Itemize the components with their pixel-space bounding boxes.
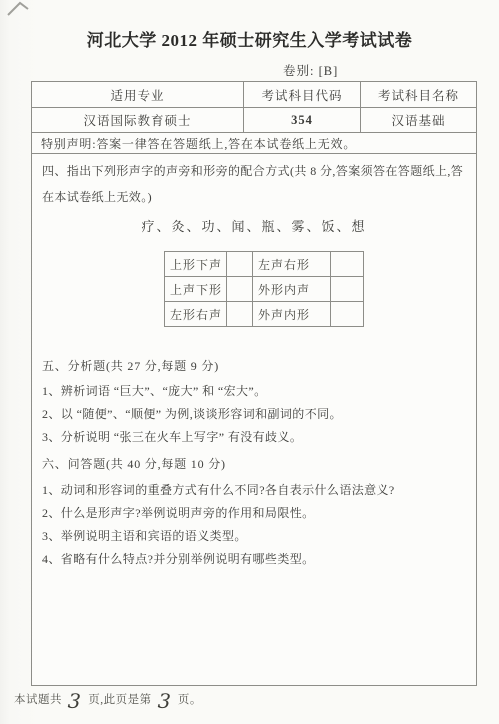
table-row: 左形右声 外声内形 <box>165 302 364 327</box>
question5-heading: 五、分析题(共 27 分,每题 9 分) <box>42 357 472 374</box>
scan-artifact-mark <box>4 0 44 20</box>
structure-label: 外形内声 <box>253 277 331 302</box>
answer-cell <box>227 302 253 327</box>
footer-middle: 页,此页是第 <box>88 694 151 706</box>
answer-cell <box>227 277 253 302</box>
answer-cell <box>331 252 364 277</box>
info-header-subject-name: 考试科目名称 <box>361 82 476 107</box>
table-row: 上形下声 左声右形 <box>165 252 364 277</box>
structure-label: 上声下形 <box>165 277 227 302</box>
question6-item-4: 4、省略有什么特点?并分别举例说明有哪些类型。 <box>42 550 472 567</box>
answer-cell <box>227 252 253 277</box>
question5-item-1: 1、辨析词语 “巨大”、“庞大” 和 “宏大”。 <box>42 382 472 399</box>
answer-cell <box>331 302 364 327</box>
footer-prefix: 本试题共 <box>14 694 62 706</box>
page-title: 河北大学 2012 年硕士研究生入学考试试卷 <box>0 26 499 51</box>
info-header-major: 适用专业 <box>32 82 244 107</box>
info-value-subject-code: 354 <box>244 108 361 132</box>
answer-cell <box>331 277 364 302</box>
question6-item-3: 3、举例说明主语和宾语的语义类型。 <box>42 527 472 544</box>
special-notice: 特别声明:答案一律答在答题纸上,答在本试卷纸上无效。 <box>32 133 476 154</box>
question5-item-2: 2、以 “随便”、“顺便” 为例,谈谈形容词和副词的不同。 <box>42 405 472 422</box>
footer-suffix: 页。 <box>178 694 202 706</box>
info-value-subject-name: 汉语基础 <box>361 108 476 132</box>
structure-label: 外声内形 <box>253 302 331 327</box>
table-row: 上声下形 外形内声 <box>165 277 364 302</box>
question4-character-list: 疗、灸、功、闻、瓶、雾、饭、想 <box>32 216 476 235</box>
volume-label: 卷别: [B] <box>283 61 338 79</box>
exam-paper-page: 河北大学 2012 年硕士研究生入学考试试卷 卷别: [B] 适用专业 考试科目… <box>0 0 499 724</box>
volume-caption: 卷别: <box>283 64 314 78</box>
structure-matching-table: 上形下声 左声右形 上声下形 外形内声 左形右声 外声内形 <box>164 251 364 327</box>
question4-heading-line1: 四、指出下列形声字的声旁和形旁的配合方式(共 8 分,答案须答在答题纸上,答 <box>42 162 472 179</box>
info-header-subject-code: 考试科目代码 <box>244 82 361 107</box>
structure-label: 左形右声 <box>165 302 227 327</box>
questions-area: 四、指出下列形声字的声旁和形旁的配合方式(共 8 分,答案须答在答题纸上,答 在… <box>32 154 476 684</box>
question6-item-2: 2、什么是形声字?举例说明声旁的作用和局限性。 <box>42 504 472 521</box>
info-table-data-row: 汉语国际教育硕士 354 汉语基础 <box>32 108 476 133</box>
page-footer: 本试题共3页,此页是第3页。 <box>14 691 202 707</box>
info-value-major: 汉语国际教育硕士 <box>32 108 244 132</box>
exam-body-frame: 适用专业 考试科目代码 考试科目名称 汉语国际教育硕士 354 汉语基础 特别声… <box>31 81 477 686</box>
handwritten-total-pages: 3 <box>62 700 88 702</box>
structure-label: 上形下声 <box>165 252 227 277</box>
question5-item-3: 3、分析说明 “张三在火车上写字” 有没有歧义。 <box>42 428 472 445</box>
question6-item-1: 1、动词和形容词的重叠方式有什么不同?各自表示什么语法意义? <box>42 481 472 498</box>
info-table-header-row: 适用专业 考试科目代码 考试科目名称 <box>32 82 476 108</box>
question6-heading: 六、问答题(共 40 分,每题 10 分) <box>42 455 472 472</box>
handwritten-current-page: 3 <box>152 700 178 702</box>
question4-heading-line2: 在本试卷纸上无效。) <box>42 188 472 205</box>
volume-value: [B] <box>319 64 339 78</box>
structure-label: 左声右形 <box>253 252 331 277</box>
